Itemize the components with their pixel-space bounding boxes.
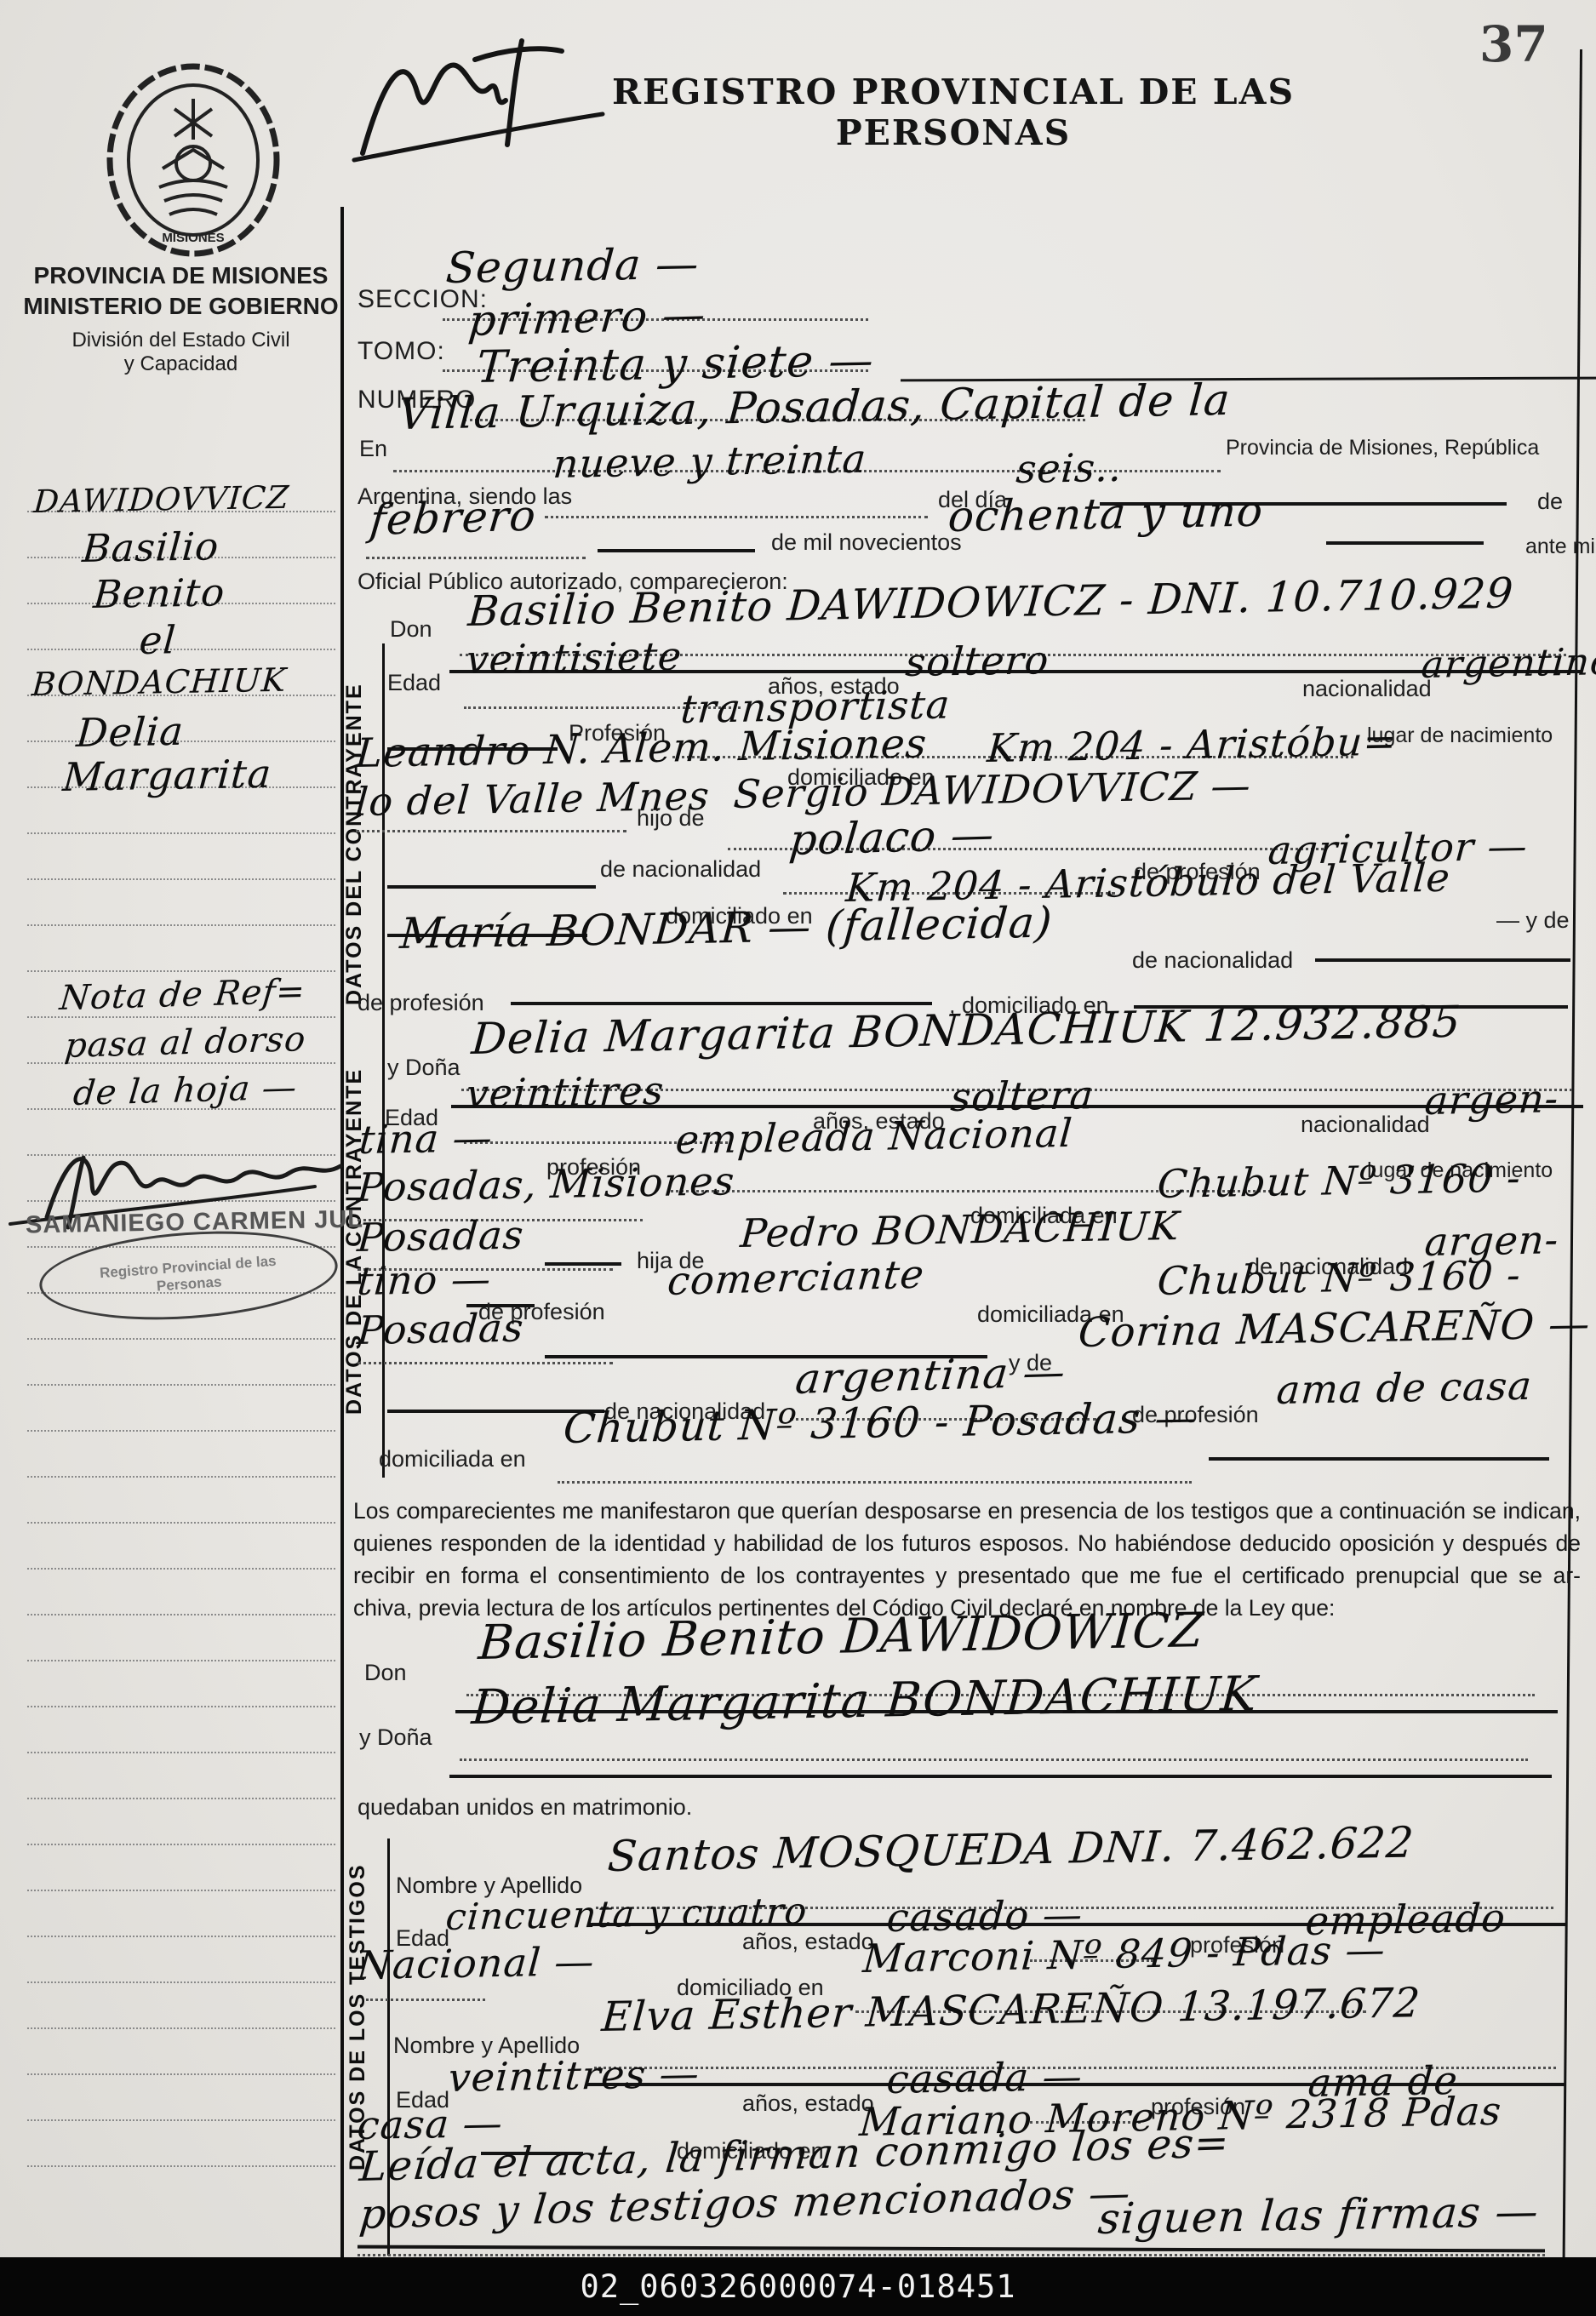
rule-dotted (558, 1481, 1192, 1484)
letterhead-line1: PROVINCIA DE MISIONES (17, 262, 345, 289)
legal-paragraph: Los comparecientes me manifestaron que q… (353, 1495, 1581, 1624)
margin-note-3: de la hoja — (72, 1068, 299, 1113)
margin-rule (27, 832, 335, 834)
margin-name-7: Margarita (61, 751, 273, 800)
bride-nacionalidad-1: argen- (1423, 1075, 1560, 1124)
letterhead-line3: División del Estado Civil (17, 329, 345, 352)
bride-edad: veintitres (465, 1067, 666, 1117)
section-rule (382, 643, 385, 1028)
rule-dotted (358, 2254, 1545, 2256)
declaracion-novio: Basilio Benito DAWIDOWICZ (477, 1603, 1206, 1671)
margin-name-6: Delia (75, 708, 186, 756)
margin-name-5: BONDACHIUK (31, 661, 288, 703)
witness2-edad: veintitres — (447, 2050, 701, 2101)
mes-value: febrero (368, 491, 539, 545)
scanned-marriage-certificate: 37 MISIONES PROVINCIA DE MISIONES MINIST… (0, 0, 1596, 2316)
bride-padre-dom: Chubut Nº 3160 - (1156, 1252, 1523, 1304)
don-label: Don (390, 616, 432, 643)
margin-rule (27, 1890, 335, 1891)
rule-dotted (545, 516, 928, 518)
groom-estado: soltero (904, 637, 1050, 685)
margin-rule (27, 1752, 335, 1753)
bride-profesion: empleada Nacional (674, 1110, 1074, 1163)
groom-nac-label: nacionalidad (1302, 676, 1432, 702)
margin-note-1: Nota de Ref= (58, 972, 307, 1018)
groom-nacionalidad: argentino (1420, 640, 1596, 687)
section-label-groom: DATOS DEL CONTRAYENTE (342, 657, 367, 1032)
declaracion-union: quedaban unidos en matrimonio. (358, 1794, 692, 1821)
margin-rule (27, 1798, 335, 1799)
witness2-estado-label: años, estado (742, 2090, 874, 2117)
margin-name-4: el (138, 617, 178, 663)
groom-madre-prof-label: de profesión (358, 990, 484, 1016)
witness1-dom: Marconi Nº 849 - Pdas — (861, 1926, 1387, 1981)
bride-lugar-nac: Posadas, Misiones (356, 1158, 736, 1210)
margin-rule (27, 1936, 335, 1937)
document-title: REGISTRO PROVINCIAL DE LAS PERSONAS (536, 71, 1370, 153)
margin-rule (27, 924, 335, 926)
rule-solid (511, 1002, 932, 1005)
witness1-estado-label: años, estado (742, 1929, 874, 1955)
letterhead-line2: MINISTERIO DE GOBIERNO (17, 293, 345, 320)
bride-madre-dom-label: domiciliada en (379, 1446, 526, 1473)
bride-padre: Pedro BONDACHIUK (739, 1203, 1181, 1256)
dona-label: y Doña (387, 1055, 460, 1081)
margin-rule (27, 1338, 335, 1340)
bride-nac-label: nacionalidad (1301, 1112, 1430, 1138)
letterhead-line4: y Capacidad (17, 352, 345, 376)
paragraph-line: Los comparecientes me manifestaron que q… (353, 1495, 1581, 1527)
margin-rule (27, 1476, 335, 1478)
groom-hijo-label: hijo de (637, 805, 705, 832)
margin-rule (27, 1430, 335, 1432)
bride-padre-nac-2: tino — (356, 1255, 493, 1304)
provincia-printed: Provincia de Misiones, República (1226, 436, 1539, 460)
rule-dotted (366, 557, 586, 559)
rule-solid (545, 1262, 621, 1266)
bride-madre-dom: Chubut Nº 3160 - Posadas — (562, 1393, 1199, 1453)
margin-rule (27, 1384, 335, 1386)
margin-name-3: Benito (92, 569, 226, 617)
margin-rule (27, 1660, 335, 1661)
margin-rule (27, 1844, 335, 1845)
oval-stamp-text: Registro Provincial de las Personas (77, 1250, 300, 1300)
bride-name: Delia Margarita BONDACHIUK 12.932.885 (470, 998, 1462, 1065)
rule-solid (1209, 1457, 1549, 1461)
anio-value: ochenta y uno (947, 487, 1265, 541)
margin-rule (27, 2119, 335, 2121)
bride-domicilio: Chubut Nº 3160 - (1156, 1155, 1523, 1207)
en-label: En (359, 436, 387, 462)
witness1-name: Santos MOSQUEDA DNI. 7.462.622 (606, 1817, 1416, 1881)
margin-name-2: Basilio (81, 523, 220, 571)
hora-value: nueve y treinta (552, 436, 868, 487)
margin-rule (27, 1981, 335, 1983)
margin-rule (27, 2027, 335, 2029)
bride-padre-dom-2: Posadas (356, 1305, 525, 1353)
dia-value: seis.. (1015, 444, 1124, 492)
firmas-note: siguen las firmas — (1096, 2187, 1541, 2244)
province-seal-icon: MISIONES (81, 58, 306, 266)
rule-solid (387, 885, 596, 889)
margin-name-1: DAWIDOVVICZ (32, 479, 290, 520)
declaracion-dona-label: y Doña (359, 1724, 432, 1751)
witness1-prof-2: Nacional — (356, 1938, 596, 1988)
footer-code: 02_060326000074-018451 (580, 2268, 1015, 2305)
novecientos-label: de mil novecientos (771, 529, 962, 556)
groom-padre-nac: polaco — (787, 809, 997, 865)
groom-edad: veintisiete (465, 633, 684, 683)
rule-solid (598, 549, 755, 552)
margin-rule (27, 878, 335, 880)
margin-rule (27, 1568, 335, 1570)
margin-rule (27, 1614, 335, 1615)
bride-madre-prof: ama de casa (1275, 1363, 1534, 1413)
bride-nacionalidad-2: tina — (358, 1114, 495, 1163)
rule-dotted (356, 830, 626, 832)
tomo-label: TOMO: (358, 337, 445, 366)
declaracion-novia: Delia Margarita BONDACHIUK (470, 1667, 1259, 1736)
margin-rule (27, 2073, 335, 2075)
groom-madre-nac-label: de nacionalidad (1132, 947, 1293, 974)
bride-padre-prof: comerciante (666, 1251, 927, 1304)
bride-madre-nac: argentina — (793, 1347, 1068, 1404)
rule-dotted (460, 1758, 1528, 1761)
margin-rule (27, 1522, 335, 1524)
rule-solid (358, 2245, 1545, 2253)
tomo-value: primero — (466, 289, 708, 346)
seccion-value: Segunda — (444, 239, 701, 293)
page-number: 37 (1479, 15, 1548, 73)
bride-domicilio-2: Posadas (356, 1212, 525, 1261)
rule-dotted (366, 1999, 485, 2001)
groom-padre-nac-label: de nacionalidad (600, 856, 761, 883)
right-border-rule (1563, 49, 1582, 2258)
rule-solid (1326, 541, 1484, 545)
footer-code-bar: 02_060326000074-018451 (0, 2257, 1596, 2316)
margin-rule (27, 2165, 335, 2167)
rule-solid (449, 1775, 1552, 1778)
groom-padre: Sergio DAWIDOVVICZ — (732, 762, 1253, 817)
groom-madre: María BONDAR — (fallecida) (398, 898, 1054, 958)
bride-madre: Corina MASCAREÑO — (1077, 1301, 1592, 1357)
groom-edad-label: Edad (387, 670, 441, 696)
paragraph-line: recibir en forma el consentimiento de lo… (353, 1559, 1581, 1592)
antemi-label: ante mi, (1525, 535, 1596, 559)
rule-dotted (358, 1362, 613, 1364)
paragraph-line: quienes responden de la identidad y habi… (353, 1527, 1581, 1559)
seal-caption: MISIONES (162, 231, 224, 245)
margin-rule (27, 649, 335, 650)
groom-yde-label: — y de (1496, 907, 1570, 934)
margin-note-2: pasa al dorso (63, 1020, 308, 1066)
margin-rule (27, 1706, 335, 1707)
declaracion-don-label: Don (364, 1660, 407, 1686)
de-label: de (1537, 489, 1563, 515)
rule-solid (1315, 958, 1570, 962)
